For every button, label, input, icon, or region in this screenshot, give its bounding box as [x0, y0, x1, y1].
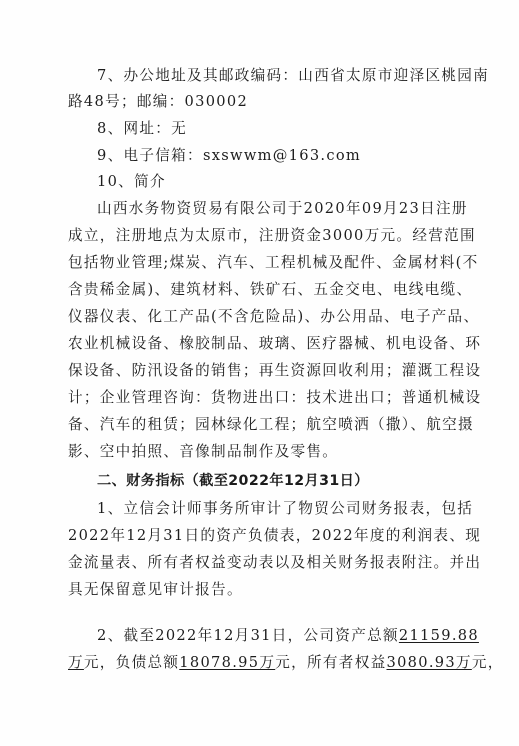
- total-liabilities-value: 18078.95万: [179, 654, 275, 671]
- audit-line: 具无保留意见审计报告。: [68, 580, 450, 600]
- address-line-1: 7、办公地址及其邮政编码：山西省太原市迎泽区桃园南: [97, 66, 450, 86]
- website-line: 8、网址：无: [97, 119, 450, 139]
- intro-line: 含贵稀金属)、建筑材料、铁矿石、五金交电、电线电缆、: [68, 280, 450, 300]
- financial-prefix: 2、截至2022年12月31日，公司资产总额: [97, 627, 399, 644]
- equity-label: 元，所有者权益: [275, 654, 386, 671]
- intro-line: 备、汽车的租赁；园林绿化工程；航空喷洒（撒）、航空摄: [68, 415, 450, 435]
- audit-line: 2022年12月31日的资产负债表，2022年度的利润表、现: [68, 526, 450, 546]
- intro-line: 仪器仪表、化工产品(不含危险品)、办公用品、电子产品、: [68, 307, 450, 327]
- intro-line: 计；企业管理咨询：货物进出口：技术进出口；普通机械设: [68, 388, 450, 408]
- email-line: 9、电子信箱：sxswwm@163.com: [97, 146, 450, 166]
- audit-line: 金流量表、所有者权益变动表以及相关财务报表附注。并出: [68, 553, 450, 573]
- total-assets-value: 21159.88: [399, 627, 479, 644]
- financial-line-1: 2、截至2022年12月31日，公司资产总额21159.88: [97, 626, 450, 646]
- address-line-2: 路48号；邮编：030002: [68, 92, 450, 112]
- liabilities-label: 元，负债总额: [84, 654, 179, 671]
- owners-equity-value: 3080.93万: [386, 654, 471, 671]
- intro-line: 山西水务物资贸易有限公司于2020年09月23日注册: [97, 199, 450, 219]
- intro-line: 成立，注册地点为太原市，注册资金3000万元。经营范围: [68, 226, 450, 246]
- intro-line: 保设备、防汛设备的销售；再生资源回收利用；灌溉工程设: [68, 361, 450, 381]
- financial-line-2: 万元，负债总额18078.95万元，所有者权益3080.93万元，: [68, 653, 450, 673]
- equity-tail: 元，: [472, 654, 504, 671]
- intro-heading: 10、简介: [97, 172, 450, 192]
- section-2-heading: 二、财务指标（截至2022年12月31日）: [97, 471, 450, 491]
- audit-line: 1、立信会计师事务所审计了物贸公司财务报表，包括: [97, 499, 450, 519]
- intro-line: 影、空中拍照、音像制品制作及零售。: [68, 442, 450, 462]
- intro-line: 农业机械设备、橡胶制品、玻璃、医疗器械、机电设备、环: [68, 334, 450, 354]
- total-assets-unit: 万: [68, 654, 84, 671]
- document-page: 7、办公地址及其邮政编码：山西省太原市迎泽区桃园南 路48号；邮编：030002…: [0, 0, 519, 746]
- intro-line: 包括物业管理;煤炭、汽车、工程机械及配件、金属材料(不: [68, 253, 450, 273]
